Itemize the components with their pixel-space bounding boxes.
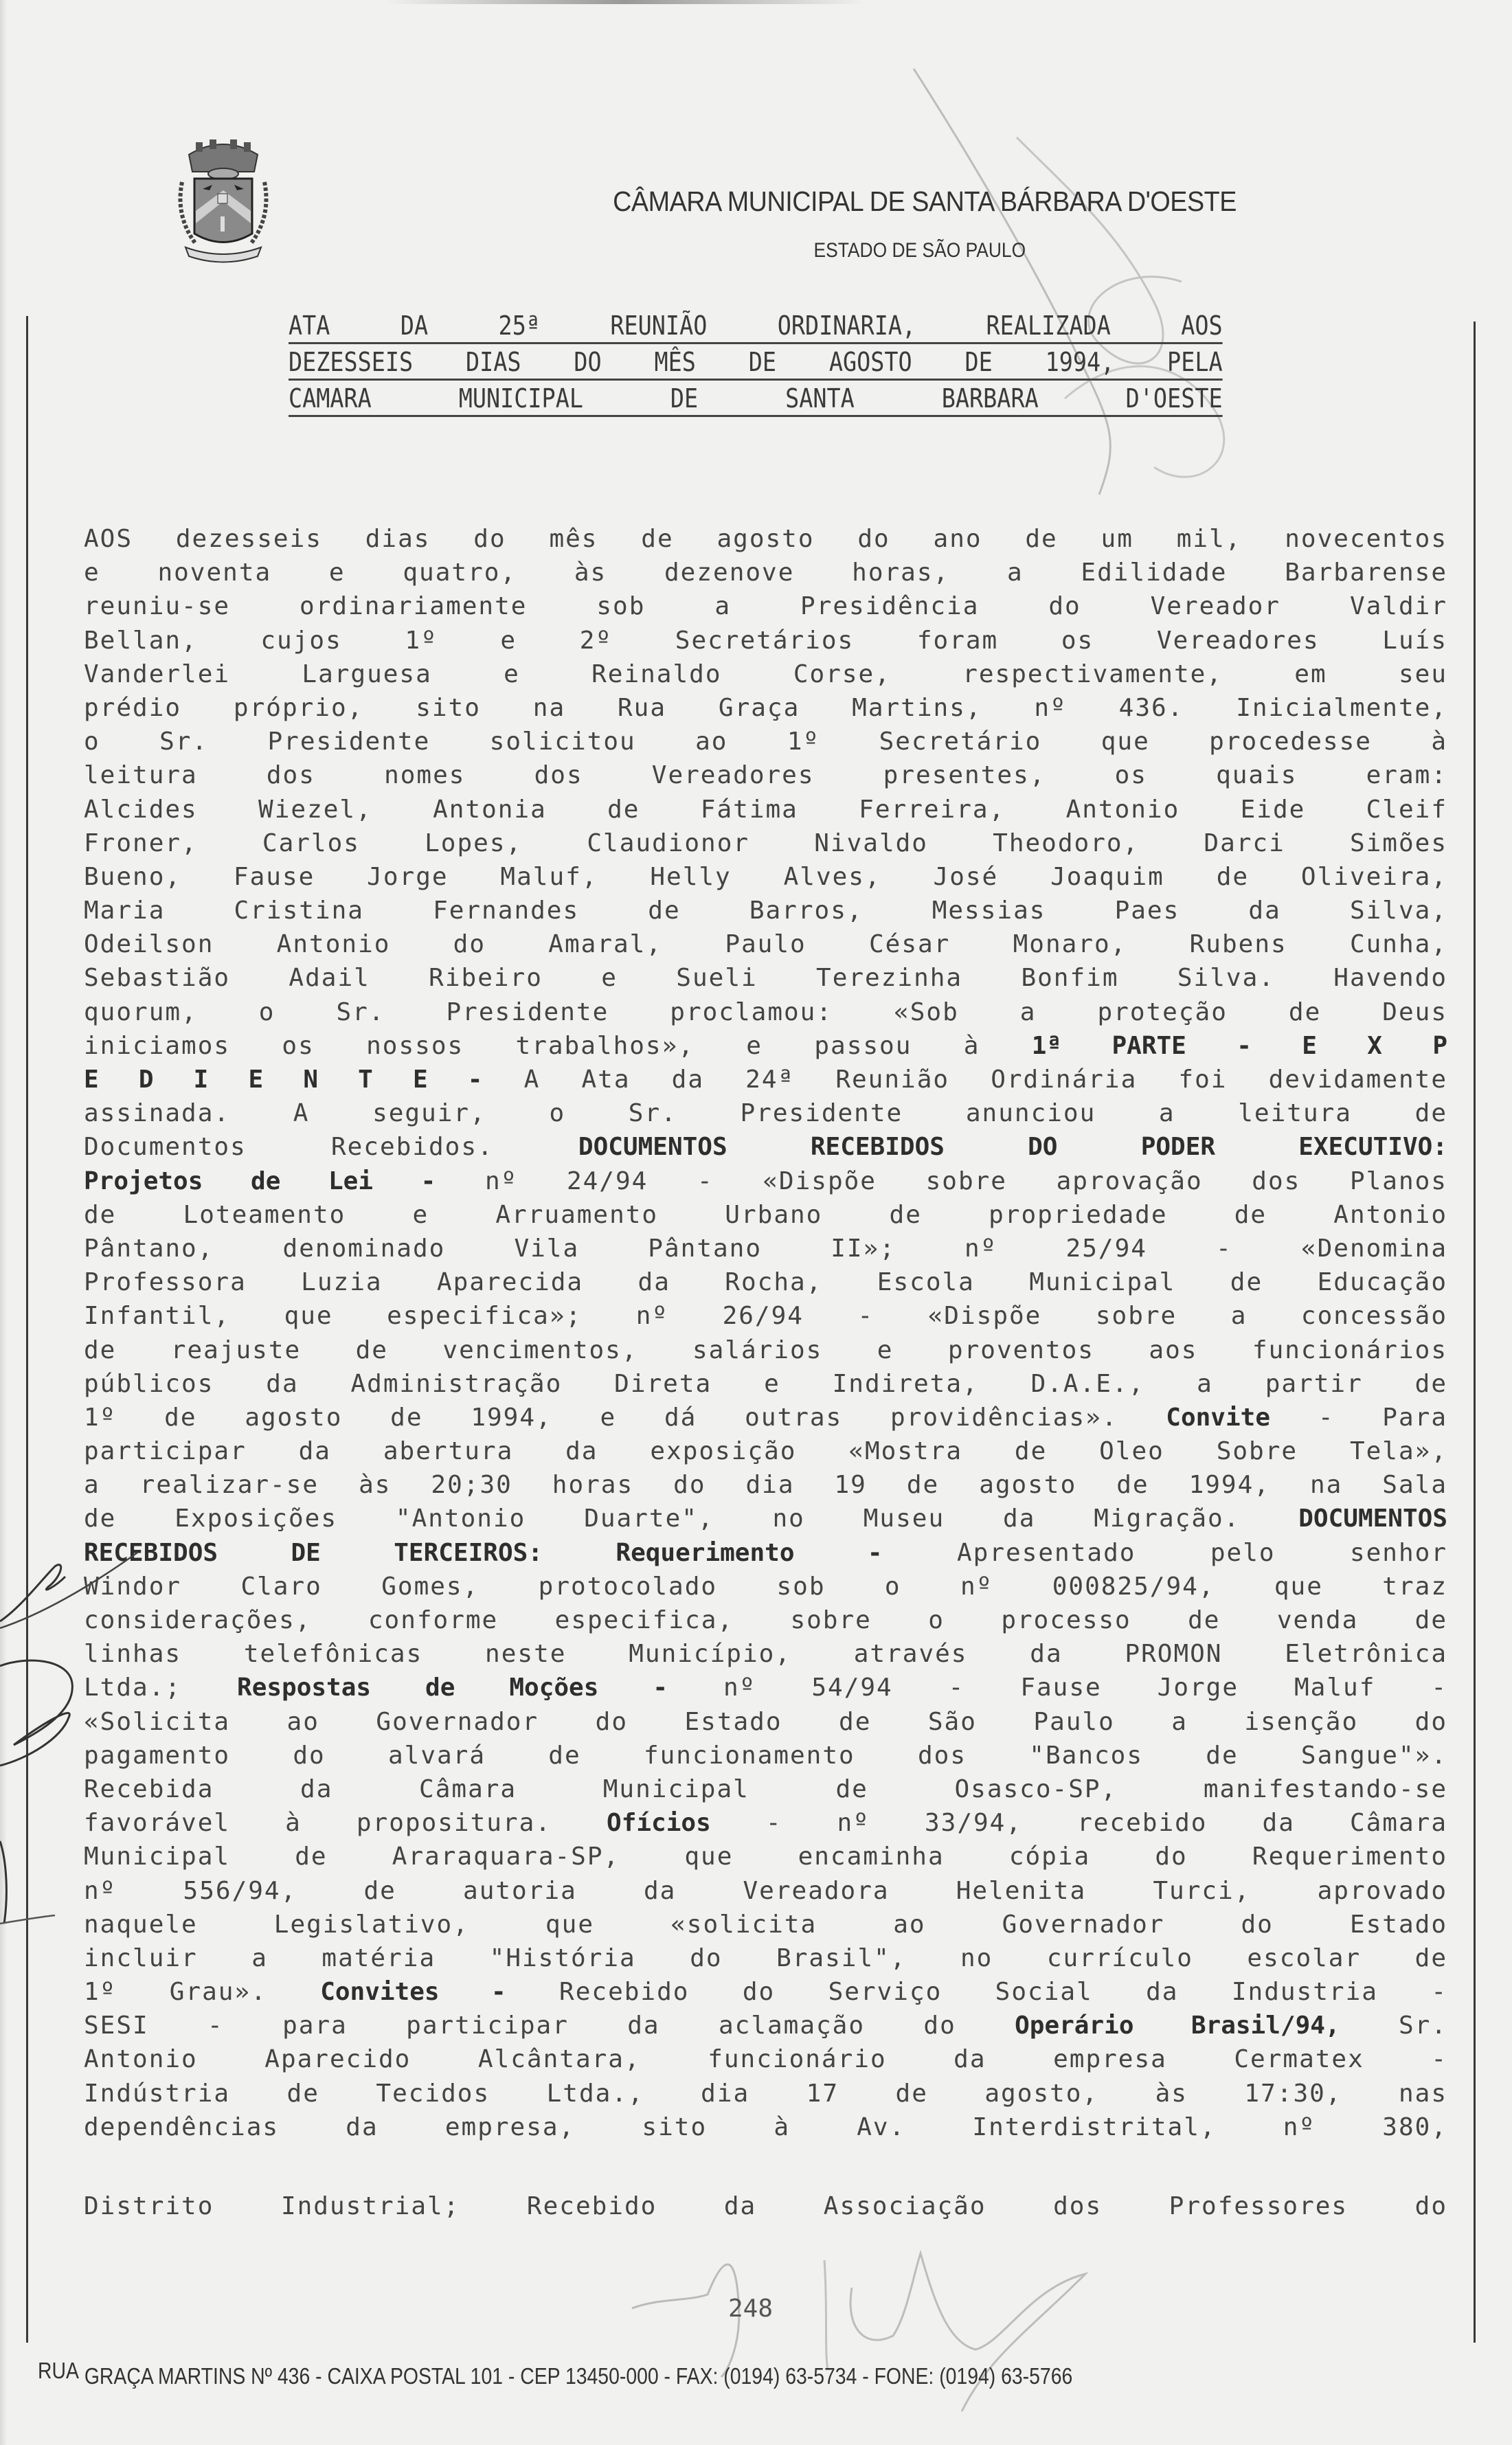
- body-text-run: A Ata da 24ª Reunião Ordinária foi devid…: [482, 1066, 1447, 1094]
- body-line: de Exposições "Antonio Duarte", no Museu…: [84, 1502, 1447, 1535]
- right-margin-rule: [1474, 322, 1476, 2343]
- title-line: ATA DA 25ª REUNIÃO ORDINARIA, REALIZADA …: [289, 308, 1223, 344]
- body-text-run: Pântano, denominado Vila Pântano II»; nº…: [84, 1235, 1447, 1263]
- body-text-run: Maria Cristina Fernandes de Barros, Mess…: [84, 897, 1447, 925]
- body-line: Documentos Recebidos. DOCUMENTOS RECEBID…: [84, 1130, 1447, 1164]
- body-text-run: assinada. A seguir, o Sr. Presidente anu…: [84, 1099, 1447, 1127]
- body-line: «Solicita ao Governador do Estado de São…: [84, 1705, 1447, 1739]
- body-line: Indústria de Tecidos Ltda., dia 17 de ag…: [84, 2077, 1447, 2110]
- body-text-run: leitura dos nomes dos Vereadores present…: [84, 761, 1447, 789]
- letterhead-footer: RUA GRAÇA MARTINS Nº 436 - CAIXA POSTAL …: [38, 2363, 1278, 2389]
- page-edge-shadow: [0, 0, 7, 2445]
- body-line: favorável à propositura. Ofícios - nº 33…: [84, 1806, 1447, 1840]
- body-text-run: de Loteamento e Arruamento Urbano de pro…: [84, 1201, 1447, 1229]
- body-text-run: Windor Claro Gomes, protocolado sob o nº…: [84, 1573, 1447, 1601]
- body-line: Infantil, que especifica»; nº 26/94 - «D…: [84, 1299, 1447, 1333]
- body-text-run: Froner, Carlos Lopes, Claudionor Nivaldo…: [84, 829, 1447, 857]
- body-text-run: a realizar-se às 20;30 horas do dia 19 d…: [84, 1471, 1447, 1499]
- bold-heading-text: Respostas de Moções -: [237, 1674, 668, 1702]
- body-text-run: reuniu-se ordinariamente sob a Presidênc…: [84, 592, 1447, 620]
- body-line: Vanderlei Larguesa e Reinaldo Corse, res…: [84, 657, 1447, 691]
- body-line: E D I E N T E - A Ata da 24ª Reunião Ord…: [84, 1063, 1447, 1096]
- body-line: Bueno, Fause Jorge Maluf, Helly Alves, J…: [84, 860, 1447, 894]
- body-line: nº 556/94, de autoria da Vereadora Helen…: [84, 1874, 1447, 1908]
- body-text-run: Recebido do Serviço Social da Industria …: [506, 1978, 1447, 2006]
- body-line: Froner, Carlos Lopes, Claudionor Nivaldo…: [84, 826, 1447, 860]
- body-text-run: prédio próprio, sito na Rua Graça Martin…: [84, 694, 1447, 722]
- bold-heading-text: RECEBIDOS DE TERCEIROS: Requerimento -: [84, 1539, 883, 1567]
- body-text-run: incluir a matéria "História do Brasil", …: [84, 1944, 1447, 1972]
- body-text-run: dependências da empresa, sito à Av. Inte…: [84, 2113, 1447, 2141]
- body-text-run: Professora Luzia Aparecida da Rocha, Esc…: [84, 1268, 1447, 1296]
- body-line: 1º de agosto de 1994, e dá outras provid…: [84, 1401, 1447, 1434]
- margin-signature-icon: [0, 1539, 96, 1985]
- body-line: Pântano, denominado Vila Pântano II»; nº…: [84, 1232, 1447, 1265]
- body-line: participar da abertura da exposição «Mos…: [84, 1434, 1447, 1468]
- footer-address: GRAÇA MARTINS Nº 436 - CAIXA POSTAL 101 …: [84, 2363, 1072, 2389]
- bold-heading-text: DOCUMENTOS RECEBIDOS DO PODER EXECUTIVO:: [578, 1133, 1447, 1161]
- body-line: linhas telefônicas neste Município, atra…: [84, 1637, 1447, 1671]
- page-number: 248: [728, 2295, 773, 2323]
- body-text-run: favorável à propositura.: [84, 1809, 607, 1837]
- body-line: Windor Claro Gomes, protocolado sob o nº…: [84, 1570, 1447, 1603]
- body-line: considerações, conforme especifica, sobr…: [84, 1603, 1447, 1637]
- body-line: e noventa e quatro, às dezenove horas, a…: [84, 556, 1447, 589]
- body-line: quorum, o Sr. Presidente proclamou: «Sob…: [84, 995, 1447, 1029]
- scan-smudge: [385, 0, 866, 4]
- institution-name: CÂMARA MUNICIPAL DE SANTA BÁRBARA D'OEST…: [65, 185, 1456, 218]
- body-text-run: de Exposições "Antonio Duarte", no Museu…: [84, 1505, 1298, 1533]
- body-text-run: o Sr. Presidente solicitou ao 1º Secretá…: [84, 728, 1447, 756]
- body-text-run: Documentos Recebidos.: [84, 1133, 578, 1161]
- body-text-run: iniciamos os nossos trabalhos», e passou…: [84, 1032, 1032, 1060]
- title-line: DEZESSEIS DIAS DO MÊS DE AGOSTO DE 1994,…: [289, 344, 1223, 381]
- body-line: iniciamos os nossos trabalhos», e passou…: [84, 1029, 1447, 1063]
- overprinted-line: Distrito Industrial; Recebido da Associa…: [84, 2193, 1447, 2220]
- body-line: incluir a matéria "História do Brasil", …: [84, 1941, 1447, 1975]
- body-text-run: nº 54/94 - Fause Jorge Maluf -: [668, 1674, 1447, 1702]
- body-text-run: «Solicita ao Governador do Estado de São…: [84, 1708, 1447, 1736]
- body-line: o Sr. Presidente solicitou ao 1º Secretá…: [84, 725, 1447, 758]
- body-line: dependências da empresa, sito à Av. Inte…: [84, 2110, 1447, 2144]
- body-line: de Loteamento e Arruamento Urbano de pro…: [84, 1198, 1447, 1232]
- body-line: pagamento do alvará de funcionamento dos…: [84, 1739, 1447, 1772]
- bold-heading-text: 1ª PARTE - E X P: [1032, 1032, 1447, 1060]
- body-text-run: de reajuste de vencimentos, salários e p…: [84, 1336, 1447, 1364]
- body-line: assinada. A seguir, o Sr. Presidente anu…: [84, 1096, 1447, 1130]
- body-line: AOS dezesseis dias do mês de agosto do a…: [84, 522, 1447, 556]
- body-text-run: 1º de agosto de 1994, e dá outras provid…: [84, 1404, 1166, 1432]
- footer-street-prefix: RUA: [38, 2358, 79, 2384]
- bold-heading-text: Convite: [1166, 1404, 1270, 1432]
- body-text-run: Infantil, que especifica»; nº 26/94 - «D…: [84, 1302, 1447, 1330]
- body-text-run: Apresentado pelo senhor: [883, 1539, 1447, 1567]
- bold-heading-text: Convites -: [320, 1978, 506, 2006]
- body-text-run: 1º Grau».: [84, 1978, 320, 2006]
- body-text-run: SESI - para participar da aclamação do: [84, 2012, 1015, 2040]
- bold-heading-text: Ofícios: [607, 1809, 711, 1837]
- body-text-run: Indústria de Tecidos Ltda., dia 17 de ag…: [84, 2080, 1447, 2108]
- body-text-run: Odeilson Antonio do Amaral, Paulo César …: [84, 930, 1447, 958]
- body-line: de reajuste de vencimentos, salários e p…: [84, 1333, 1447, 1367]
- body-line: prédio próprio, sito na Rua Graça Martin…: [84, 691, 1447, 725]
- body-text-run: nº 24/94 - «Dispõe sobre aprovação dos P…: [436, 1167, 1447, 1195]
- body-line: 1º Grau». Convites - Recebido do Serviço…: [84, 1975, 1447, 2009]
- body-text-run: - nº 33/94, recebido da Câmara: [711, 1809, 1447, 1837]
- body-line: Antonio Aparecido Alcântara, funcionário…: [84, 2042, 1447, 2076]
- body-line: Ltda.; Respostas de Moções - nº 54/94 - …: [84, 1671, 1447, 1704]
- bold-heading-text: Projetos de Lei -: [84, 1167, 436, 1195]
- body-text-run: Recebida da Câmara Municipal de Osasco-S…: [84, 1775, 1447, 1803]
- body-line: Municipal de Araraquara-SP, que encaminh…: [84, 1840, 1447, 1873]
- body-text-run: nº 556/94, de autoria da Vereadora Helen…: [84, 1877, 1447, 1905]
- body-line: RECEBIDOS DE TERCEIROS: Requerimento - A…: [84, 1536, 1447, 1570]
- title-line: CAMARA MUNICIPAL DE SANTA BARBARA D'OEST…: [289, 381, 1223, 417]
- body-text-run: Sebastião Adail Ribeiro e Sueli Terezinh…: [84, 964, 1447, 992]
- body-text-run: quorum, o Sr. Presidente proclamou: «Sob…: [84, 998, 1447, 1026]
- body-line: leitura dos nomes dos Vereadores present…: [84, 758, 1447, 792]
- body-line: Sebastião Adail Ribeiro e Sueli Terezinh…: [84, 961, 1447, 995]
- minutes-body: AOS dezesseis dias do mês de agosto do a…: [84, 522, 1447, 2144]
- body-text-run: pagamento do alvará de funcionamento dos…: [84, 1742, 1447, 1770]
- body-line: Alcides Wiezel, Antonia de Fátima Ferrei…: [84, 793, 1447, 826]
- body-line: Odeilson Antonio do Amaral, Paulo César …: [84, 927, 1447, 961]
- body-text-run: Vanderlei Larguesa e Reinaldo Corse, res…: [84, 660, 1447, 688]
- body-text-run: Alcides Wiezel, Antonia de Fátima Ferrei…: [84, 796, 1447, 824]
- body-text-run: Antonio Aparecido Alcântara, funcionário…: [84, 2045, 1447, 2073]
- body-text-run: naquele Legislativo, que «solicita ao Go…: [84, 1911, 1447, 1939]
- body-text-run: Bueno, Fause Jorge Maluf, Helly Alves, J…: [84, 863, 1447, 891]
- body-text-run: Municipal de Araraquara-SP, que encaminh…: [84, 1843, 1447, 1871]
- body-text-run: considerações, conforme especifica, sobr…: [84, 1606, 1447, 1634]
- bold-heading-text: Operário Brasil/94,: [1015, 2012, 1340, 2040]
- body-text-run: públicos da Administração Direta e Indir…: [84, 1370, 1447, 1398]
- body-line: a realizar-se às 20;30 horas do dia 19 d…: [84, 1468, 1447, 1502]
- bold-heading-text: DOCUMENTOS: [1298, 1505, 1447, 1533]
- bottom-signature-icon: [618, 2233, 1237, 2439]
- state-name: ESTADO DE SÃO PAULO: [98, 239, 1428, 262]
- body-text-run: participar da abertura da exposição «Mos…: [84, 1437, 1447, 1465]
- body-line: Recebida da Câmara Municipal de Osasco-S…: [84, 1772, 1447, 1806]
- body-line: públicos da Administração Direta e Indir…: [84, 1367, 1447, 1401]
- body-text-run: e noventa e quatro, às dezenove horas, a…: [84, 559, 1447, 587]
- body-text-run: - Para: [1270, 1404, 1447, 1432]
- body-text-run: Bellan, cujos 1º e 2º Secretários foram …: [84, 627, 1447, 655]
- body-text-run: Sr.: [1340, 2012, 1447, 2040]
- body-line: Professora Luzia Aparecida da Rocha, Esc…: [84, 1265, 1447, 1299]
- body-line: SESI - para participar da aclamação do O…: [84, 2009, 1447, 2042]
- body-line: naquele Legislativo, que «solicita ao Go…: [84, 1908, 1447, 1941]
- body-text-run: linhas telefônicas neste Município, atra…: [84, 1640, 1447, 1668]
- body-text-run: Ltda.;: [84, 1674, 237, 1702]
- body-line: reuniu-se ordinariamente sob a Presidênc…: [84, 589, 1447, 623]
- left-margin-rule: [26, 316, 28, 2343]
- bold-heading-text: E D I E N T E -: [84, 1066, 482, 1094]
- background-signature-icon: [893, 55, 1305, 536]
- body-text-run: AOS dezesseis dias do mês de agosto do a…: [84, 525, 1447, 553]
- body-line: Maria Cristina Fernandes de Barros, Mess…: [84, 894, 1447, 927]
- minutes-title: ATA DA 25ª REUNIÃO ORDINARIA, REALIZADA …: [289, 308, 1111, 417]
- body-line: Bellan, cujos 1º e 2º Secretários foram …: [84, 624, 1447, 657]
- body-line: Projetos de Lei - nº 24/94 - «Dispõe sob…: [84, 1164, 1447, 1198]
